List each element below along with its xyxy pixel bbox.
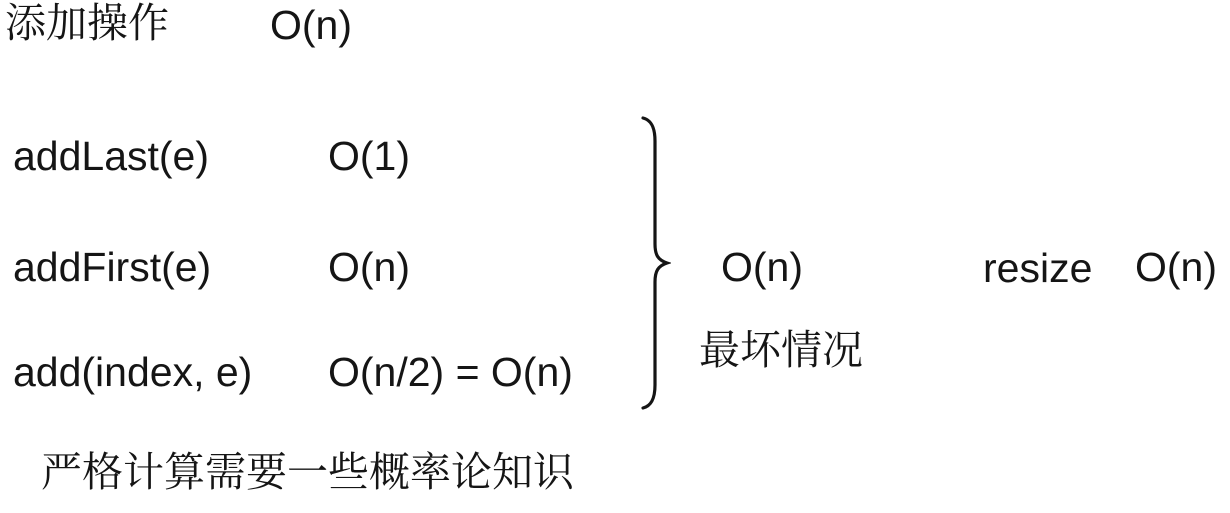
operation-complexity: O(n/2) = O(n) [328,352,573,393]
operation-name: addLast(e) [13,136,209,177]
operation-complexity: O(1) [328,136,410,177]
title-add-operations: 添加操作 [5,3,169,44]
complexity-notes-diagram: 添加操作 O(n) addLast(e) O(1) addFirst(e) O(… [0,0,1230,513]
operation-complexity: O(n) [328,247,410,288]
operation-name: addFirst(e) [13,247,211,288]
group-worst-case-label: 最坏情况 [699,330,863,371]
right-curly-brace-icon [639,116,671,410]
operation-name: add(index, e) [13,352,252,393]
resize-complexity: O(n) [1135,247,1217,288]
resize-label: resize [983,248,1092,289]
group-overall-complexity: O(n) [721,247,803,288]
title-complexity: O(n) [270,5,352,46]
footnote-probability-note: 严格计算需要一些概率论知识 [41,452,574,493]
